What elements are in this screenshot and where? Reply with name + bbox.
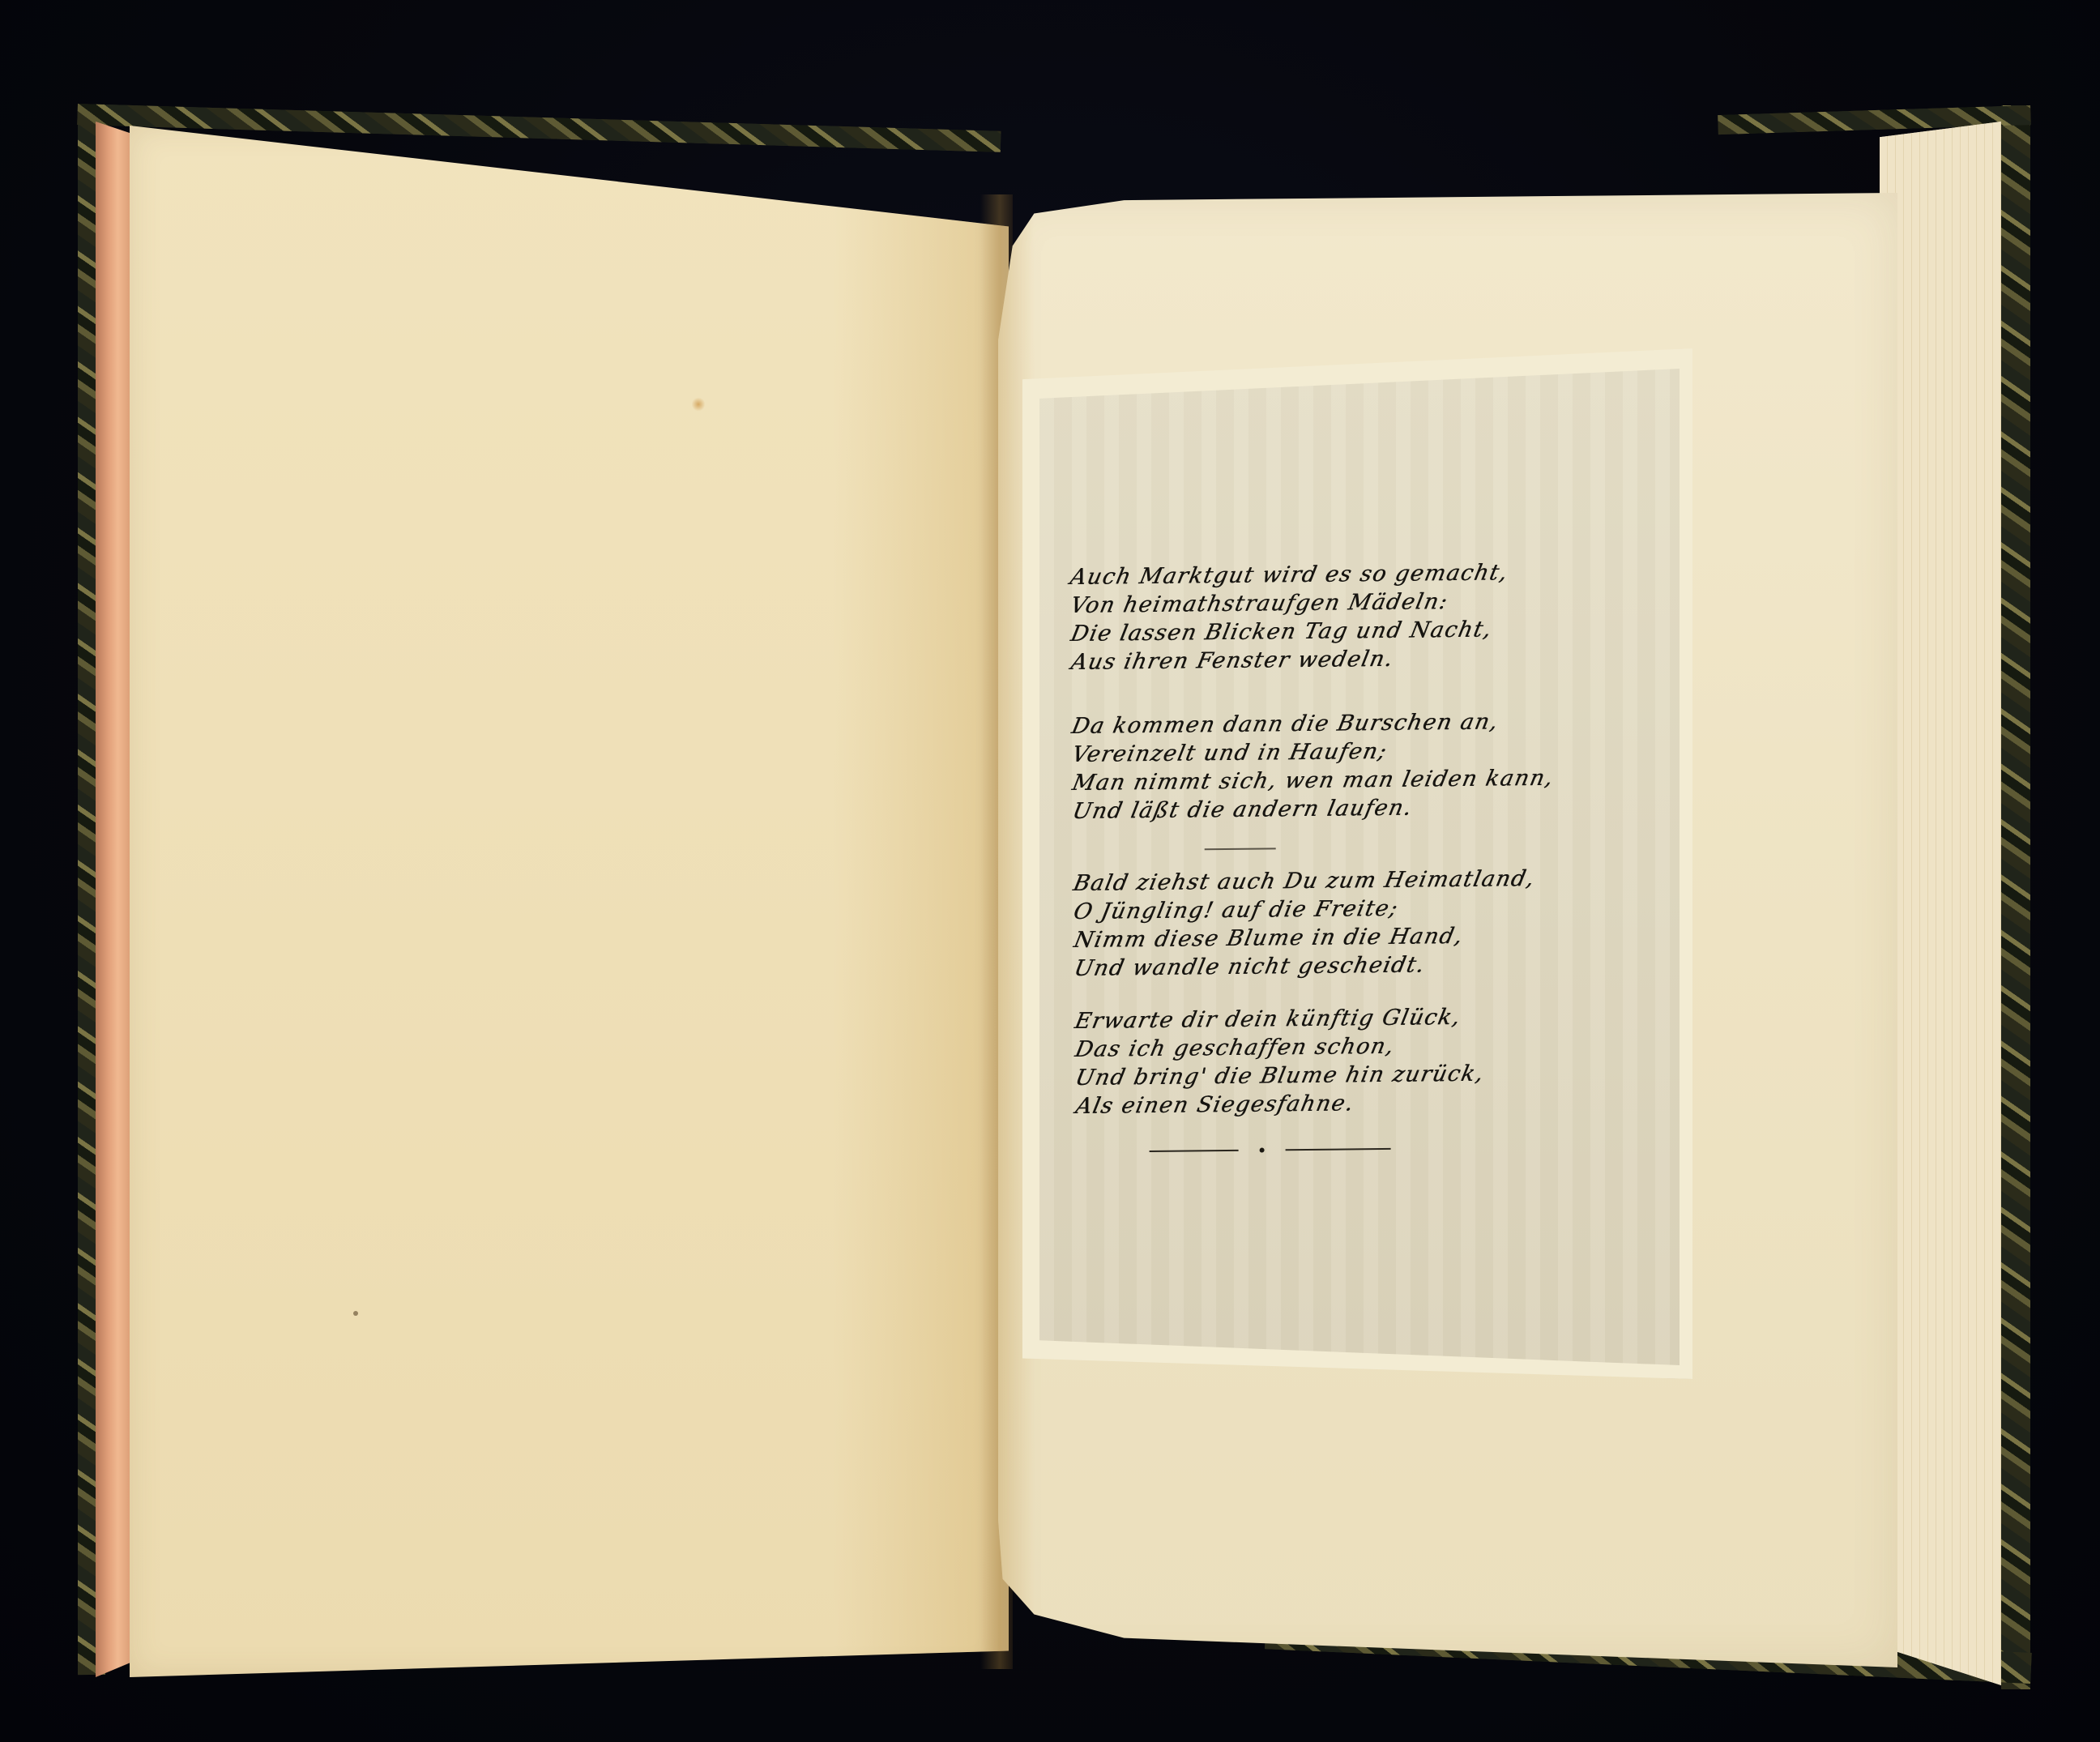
stanza-2: Da kommen dann die Burschen an, Vereinze… — [1072, 706, 1664, 826]
poem-line: Und wandle nicht gescheidt. — [1072, 948, 1669, 983]
end-dot — [1260, 1148, 1265, 1153]
end-dash-left — [1150, 1150, 1239, 1152]
poem-line: Als einen Siegesfahne. — [1073, 1086, 1670, 1121]
poem-line: Und läßt die andern laufen. — [1070, 791, 1667, 826]
right-page-fore-edge-stack — [1880, 122, 2001, 1685]
foxing-spot — [353, 1311, 358, 1316]
right-cover-board-edge — [2001, 105, 2030, 1689]
left-page-blank — [130, 126, 1009, 1677]
poem-line: Aus ihren Fenster wedeln. — [1069, 642, 1666, 677]
end-dash-right — [1286, 1148, 1391, 1151]
section-divider — [1205, 848, 1276, 850]
book-photograph: Auch Marktgut wird es so gemacht, Von he… — [0, 0, 2100, 1742]
foxing-spot — [692, 397, 705, 412]
end-mark — [1150, 1143, 1668, 1154]
stanza-1: Auch Marktgut wird es so gemacht, Von he… — [1070, 557, 1662, 677]
manuscript-facsimile-plate: Auch Marktgut wird es so gemacht, Von he… — [1039, 369, 1680, 1365]
stanza-3: Bald ziehst auch Du zum Heimatland, O Jü… — [1073, 863, 1666, 983]
stanza-4: Erwarte dir dein künftig Glück, Das ich … — [1075, 1001, 1667, 1121]
left-page-edge-red — [96, 122, 133, 1677]
poem: Auch Marktgut wird es so gemacht, Von he… — [1070, 557, 1668, 1155]
